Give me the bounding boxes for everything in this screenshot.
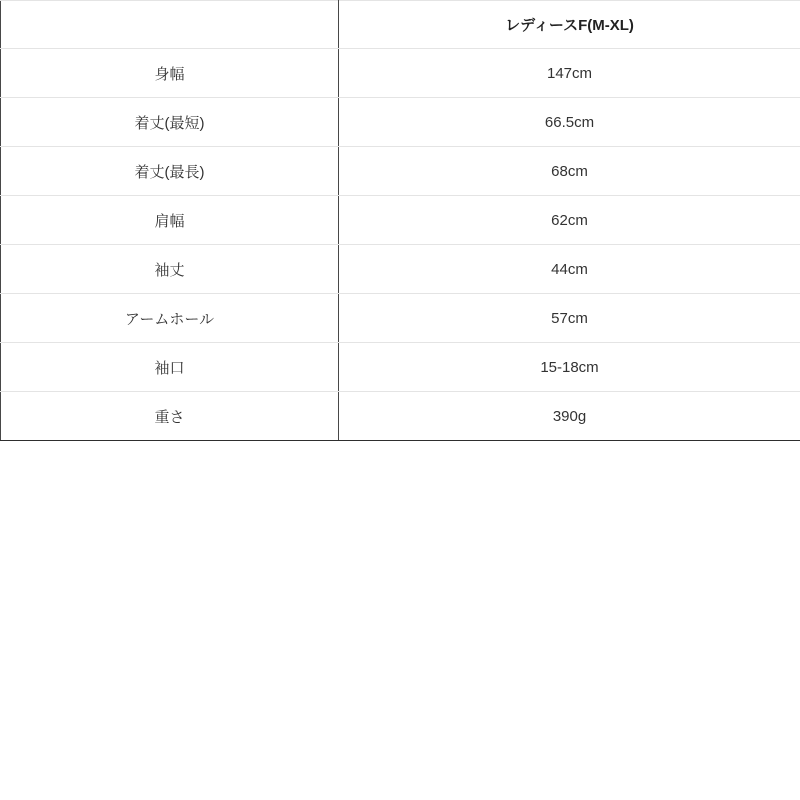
- table-row: アームホール 57cm: [1, 294, 800, 343]
- measurement-label: 重さ: [1, 392, 339, 441]
- measurement-value: 44cm: [339, 245, 800, 294]
- measurement-label: 身幅: [1, 49, 339, 98]
- header-empty-cell: [1, 1, 339, 49]
- header-size-cell: レディースF(M-XL): [339, 1, 800, 49]
- measurement-label: アームホール: [1, 294, 339, 343]
- empty-whitespace: [0, 441, 800, 800]
- size-chart-header-row: レディースF(M-XL): [1, 1, 800, 49]
- measurement-value: 15-18cm: [339, 343, 800, 392]
- table-row: 袖丈 44cm: [1, 245, 800, 294]
- measurement-label: 着丈(最短): [1, 98, 339, 147]
- measurement-label: 袖口: [1, 343, 339, 392]
- measurement-label: 肩幅: [1, 196, 339, 245]
- measurement-value: 147cm: [339, 49, 800, 98]
- table-row: 肩幅 62cm: [1, 196, 800, 245]
- measurement-value: 62cm: [339, 196, 800, 245]
- measurement-value: 57cm: [339, 294, 800, 343]
- measurement-label: 袖丈: [1, 245, 339, 294]
- measurement-value: 66.5cm: [339, 98, 800, 147]
- measurement-label: 着丈(最長): [1, 147, 339, 196]
- measurement-value: 390g: [339, 392, 800, 441]
- table-row: 着丈(最短) 66.5cm: [1, 98, 800, 147]
- table-row: 着丈(最長) 68cm: [1, 147, 800, 196]
- table-row: 袖口 15-18cm: [1, 343, 800, 392]
- size-chart-table: レディースF(M-XL) 身幅 147cm 着丈(最短) 66.5cm 着丈(最…: [0, 0, 800, 441]
- table-row: 身幅 147cm: [1, 49, 800, 98]
- measurement-value: 68cm: [339, 147, 800, 196]
- table-row: 重さ 390g: [1, 392, 800, 441]
